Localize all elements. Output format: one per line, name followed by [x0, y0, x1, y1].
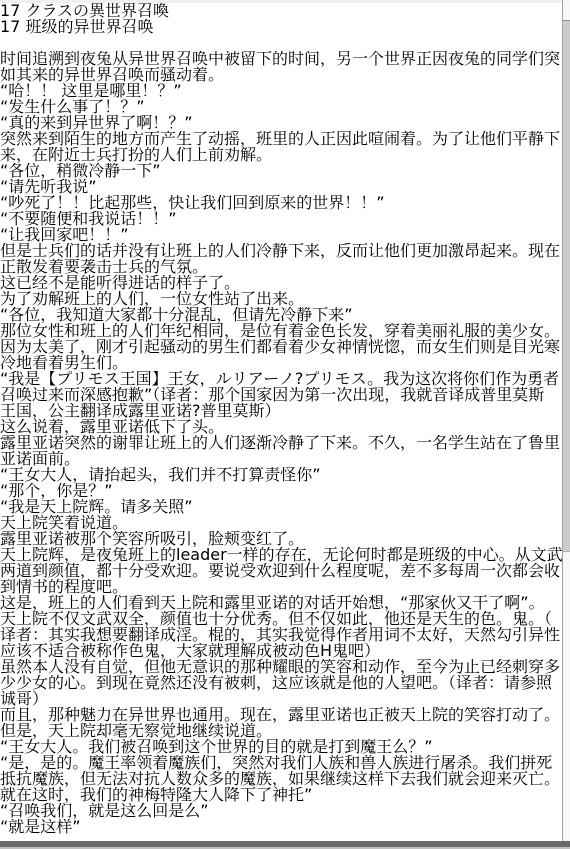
- text-line: “那个，你是？”: [0, 483, 562, 499]
- text-line: [0, 35, 562, 51]
- text-line: 应该不适合被称作色鬼，大家就理解成被动色H鬼吧）: [0, 643, 562, 659]
- text-line: “是，是的。魔王率领着魔族们，突然对我们人族和兽人族进行屠杀。我们拼死: [0, 755, 562, 771]
- text-line: 这么说着，露里亚诺低下了头。: [0, 419, 562, 435]
- text-line: 时间追溯到夜兔从异世界召唤中被留下的时间，另一个世界正因夜兔的同学们突: [0, 51, 562, 67]
- text-line: 突然来到陌生的地方而产生了动摇，班里的人正因此喧闹着。为了让他们平静下: [0, 131, 562, 147]
- text-line: 亚诺面前。: [0, 451, 562, 467]
- text-line: “我是【プリモス王国】王女，ルリアーノ?プリモス。我为这次将你们作为勇者: [0, 371, 562, 387]
- text-line: “不要随便和我说话！！”: [0, 211, 562, 227]
- text-line: 抵抗魔族，但无法对抗人数众多的魔族，如果继续这样下去我们就会迎来灭亡。: [0, 771, 562, 787]
- text-line: 虽然本人没有自觉，但他无意识的那种耀眼的笑容和动作，至今为止已经刺穿多: [0, 659, 562, 675]
- text-line: 正散发着要袭击士兵的气氛。: [0, 259, 562, 275]
- text-line: 而且，那种魅力在异世界也通用。现在，露里亚诺也正被天上院的笑容打动了。: [0, 707, 562, 723]
- text-line: 为了劝解班上的人们，一位女性站了出来。: [0, 291, 562, 307]
- text-line: “发生什么事了！？”: [0, 99, 562, 115]
- vertical-scrollbar[interactable]: [562, 0, 570, 841]
- novel-text: 17 クラスの異世界召喚17 班级的异世界召唤时间追溯到夜兔从异世界召唤中被留下…: [0, 3, 562, 837]
- text-line: 那位女性和班上的人们年纪相同，是位有着金色长发，穿着美丽礼服的美少女。: [0, 323, 562, 339]
- text-line: “各位，我知道大家都十分混乱，但请先冷静下来”: [0, 307, 562, 323]
- text-line: 天上院不仅文武双全，颜值也十分优秀。但不仅如此，他还是天生的色。鬼。（: [0, 611, 562, 627]
- text-line: 到情书的程度吧。: [0, 579, 562, 595]
- text-line: 露里亚诺被那个笑容所吸引，脸颊变红了。: [0, 531, 562, 547]
- text-line: “我是天上院辉。请多关照”: [0, 499, 562, 515]
- text-line: “让我回家吧！！”: [0, 227, 562, 243]
- text-line: 这已经不是能听得进话的样子了。: [0, 275, 562, 291]
- text-line: 但是士兵们的话并没有让班上的人们冷静下来，反而让他们更加激昂起来。现在: [0, 243, 562, 259]
- text-line: 两道到颜值，都十分受欢迎。要说受欢迎到什么程度呢，差不多每周一次都会收: [0, 563, 562, 579]
- text-line: 来，在附近士兵打扮的人们上前劝解。: [0, 147, 562, 163]
- text-line: 露里亚诺突然的谢罪让班上的人们逐渐冷静了下来。不久，一名学生站在了鲁里: [0, 435, 562, 451]
- bottom-bar: [0, 841, 570, 849]
- text-line: “吵死了！！比起那些，快让我们回到原来的世界！！”: [0, 195, 562, 211]
- text-line: “就是这样”: [0, 819, 562, 835]
- text-line: “王女大人。我们被召唤到这个世界的目的就是打到魔王么？”: [0, 739, 562, 755]
- text-line: 译者：其实我想要翻译成淫。棍的，其实我觉得作者用词不太好，天然勾引异性: [0, 627, 562, 643]
- text-line: 王国，公主翻译成露里亚诺?普里莫斯）: [0, 403, 562, 419]
- text-line: “请先听我说”: [0, 179, 562, 195]
- text-line: 如其来的异世界召唤而骚动着。: [0, 67, 562, 83]
- text-line: 诚哥）: [0, 691, 562, 707]
- text-line: 就在这时，我们的神梅特隆大人降下了神托”: [0, 787, 562, 803]
- text-line: 但是，天上院却毫无察觉地继续说道。: [0, 723, 562, 739]
- text-line: “真的来到异世界了啊！？”: [0, 115, 562, 131]
- text-line: “召唤我们，就是这么回是么”: [0, 803, 562, 819]
- text-line: 召唤过来而深感抱歉”（译者：那个国家因为第一次出现，我就音译成普里莫斯: [0, 387, 562, 403]
- text-line: 天上院笑着说道。: [0, 515, 562, 531]
- text-line: 少少女的心。到现在竟然还没有被刺，这应该就是他的人望吧。（译者：请参照: [0, 675, 562, 691]
- text-line: “哈！！ 这里是哪里！？”: [0, 83, 562, 99]
- scrollbar-thumb[interactable]: [563, 20, 570, 552]
- text-line: 天上院辉，是夜兔班上的leader一样的存在，无论何时都是班级的中心。从文武: [0, 547, 562, 563]
- text-line: “各位，稍微冷静一下”: [0, 163, 562, 179]
- text-line: 17 クラスの異世界召喚: [0, 3, 562, 19]
- text-line: 冷地看着男生们。: [0, 355, 562, 371]
- text-line: “王女大人，请抬起头，我们并不打算责怪你”: [0, 467, 562, 483]
- text-line: 因为太美了，刚才引起骚动的男生们都看着少女神情恍惚，而女生们则是目光寒: [0, 339, 562, 355]
- novel-reader-page: 17 クラスの異世界召喚17 班级的异世界召唤时间追溯到夜兔从异世界召唤中被留下…: [0, 0, 570, 849]
- text-line: 17 班级的异世界召唤: [0, 19, 562, 35]
- text-line: 这是，班上的人们看到天上院和露里亚诺的对话开始想，“那家伙又干了啊”。: [0, 595, 562, 611]
